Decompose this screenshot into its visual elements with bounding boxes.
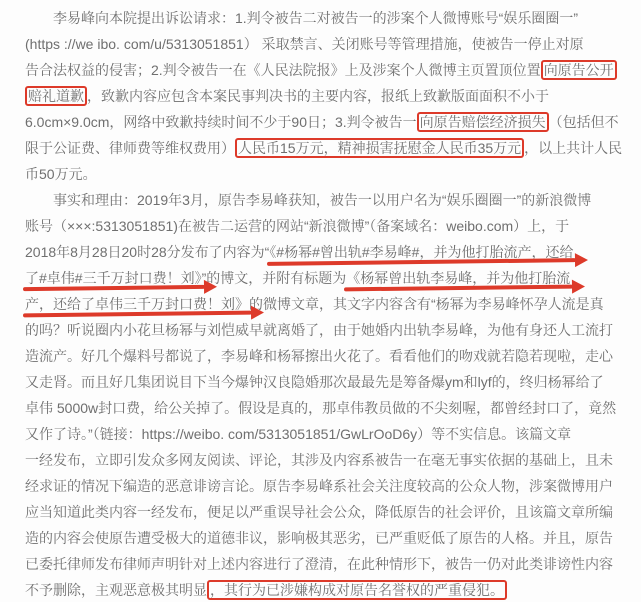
red-underlined-text: 了#卓伟#三千万封口费！刘》	[25, 270, 202, 286]
text-segment: 2018年8月28日20时28分发布了内容为“	[25, 244, 269, 260]
text-line: 告合法权益的侵害；2.判令被告一在《人民法院报》上及涉案个人微博主页置顶位置向原…	[25, 57, 623, 83]
text-line: (https ://we ibo. com/u/5313051851） 采取禁言…	[25, 31, 623, 57]
text-segment: ，致歉内容应包含本案民事判决书的主要内容，报纸上致歉版面面积不小于	[87, 88, 549, 104]
red-underlined-text: 《#杨幂#曾出轨#李易峰#，并为他打胎流产，还给	[269, 244, 573, 260]
text-segment: 的微博文章，其文字内容含有“杨幂为李易峰怀孕人流是真	[249, 296, 604, 312]
text-segment: 造流产。好几个爆料号都说了，李易峰和杨幂擦出火花了。看看他们的吻戏就若隐若现啦，…	[25, 348, 613, 364]
text-line: 2018年8月28日20时28分发布了内容为“《#杨幂#曾出轨#李易峰#，并为他…	[25, 239, 623, 265]
text-segment: ”的博文，并附有标题为	[202, 270, 347, 286]
text-line: 一经发布，立即引发众多网友阅读、评论，其涉及内容系被告一在毫无事实依据的基础上，…	[25, 447, 623, 473]
text-segment: （包括但不	[549, 114, 619, 130]
text-segment: 不予删除，主观恶意极其明显	[25, 582, 207, 598]
text-segment: 应当知道此类内容一经发布，便足以严重误导社会公众，降低原告的社会评价，且该篇文章…	[25, 504, 613, 520]
document-body: 李易峰向本院提出诉讼请求：1.判令被告二对被告一的涉案个人微博账号“娱乐圈圈一”…	[0, 0, 641, 602]
text-line: 赔礼道歉，致歉内容应包含本案民事判决书的主要内容，报纸上致歉版面面积不小于	[25, 83, 623, 109]
red-highlight-box: 向原告赔偿经济损失	[417, 112, 549, 132]
text-segment: 经求证的情况下编造的恶意诽谤言论。原告李易峰系社会关注度较高的公众人物，涉案微博…	[25, 478, 613, 494]
text-line: 币50万元。	[25, 161, 623, 187]
red-underlined-text: 产，还给了卓伟三千万封口费！刘》	[25, 296, 249, 312]
text-line: 又作了诗。”（链接：https://weibo. com/5313051851/…	[25, 421, 623, 447]
text-line: 事实和理由：2019年3月，原告李易峰获知，被告一以用户名为“娱乐圈圈一”的新浪…	[25, 187, 623, 213]
text-line: 了#卓伟#三千万封口费！刘》”的博文，并附有标题为《杨幂曾出轨李易峰，并为他打胎…	[25, 265, 623, 291]
text-line: 李易峰向本院提出诉讼请求：1.判令被告二对被告一的涉案个人微博账号“娱乐圈圈一”	[25, 5, 623, 31]
red-underlined-text: 《杨幂曾出轨李易峰，并为他打胎流	[346, 270, 570, 286]
text-segment: 6.0cm×9.0cm，网络中致歉持续时间不少于90日；3.判令被告一	[25, 114, 417, 130]
text-line: 产，还给了卓伟三千万封口费！刘》的微博文章，其文字内容含有“杨幂为李易峰怀孕人流…	[25, 291, 623, 317]
red-highlight-box: 赔礼道歉	[25, 86, 87, 106]
text-segment: 一经发布，立即引发众多网友阅读、评论，其涉及内容系被告一在毫无事实依据的基础上，…	[25, 452, 613, 468]
text-segment: ，以上共计人民	[524, 140, 622, 156]
text-segment: 事实和理由：2019年3月，原告李易峰获知，被告一以用户名为“娱乐圈圈一”的新浪…	[25, 192, 591, 208]
text-line: 账号（×××:5313051851)在被告二运营的网站“新浪微博”（备案域名：w…	[25, 213, 623, 239]
text-line: 造流产。好几个爆料号都说了，李易峰和杨幂擦出火花了。看看他们的吻戏就若隐若现啦，…	[25, 343, 623, 369]
text-segment: 造的内容会使原告遭受极大的道德非议，影响极其恶劣，已严重贬低了原告的人格。并且，…	[25, 530, 613, 546]
text-segment: 已委托律师发布律师声明针对上述内容进行了澄清，在此种情形下，被告一仍对此类诽谤性…	[25, 556, 613, 572]
text-segment: 李易峰向本院提出诉讼请求：1.判令被告二对被告一的涉案个人微博账号“娱乐圈圈一”	[25, 10, 578, 26]
red-highlight-box: 向原告公开	[541, 60, 617, 80]
text-segment: 卓伟 5000w封口费，给公关掉了。假设是真的，那卓伟教员做的不尖刻喔，都曾经封…	[25, 400, 616, 416]
text-line: 不予删除，主观恶意极其明显，其行为已涉嫌构成对原告名誉权的严重侵犯。	[25, 577, 623, 602]
text-line: 限于公证费、律师费等维权费用）人民币15万元，精神损害抚慰金人民币35万元，以上…	[25, 135, 623, 161]
text-line: 应当知道此类内容一经发布，便足以严重误导社会公众，降低原告的社会评价，且该篇文章…	[25, 499, 623, 525]
text-segment: (https ://we ibo. com/u/5313051851） 采取禁言…	[25, 36, 584, 52]
text-line: 已委托律师发布律师声明针对上述内容进行了澄清，在此种情形下，被告一仍对此类诽谤性…	[25, 551, 623, 577]
text-line: 的吗？听说圈内小花旦杨幂与刘恺威早就离婚了，由于她婚内出轨李易峰，为他有身还人工…	[25, 317, 623, 343]
text-line: 又走肾。而且好几集团说目下当今爆钟汉良隐婚那次最最先是筹备爆ym和lyf的，终归…	[25, 369, 623, 395]
text-segment: 又作了诗。”（链接：https://weibo. com/5313051851/…	[25, 426, 571, 442]
text-line: 造的内容会使原告遭受极大的道德非议，影响极其恶劣，已严重贬低了原告的人格。并且，…	[25, 525, 623, 551]
text-segment: 的吗？听说圈内小花旦杨幂与刘恺威早就离婚了，由于她婚内出轨李易峰，为他有身还人工…	[25, 322, 613, 338]
text-line: 经求证的情况下编造的恶意诽谤言论。原告李易峰系社会关注度较高的公众人物，涉案微博…	[25, 473, 623, 499]
red-highlight-box: ，其行为已涉嫌构成对原告名誉权的严重侵犯。	[207, 580, 507, 600]
text-segment: 限于公证费、律师费等维权费用）	[25, 140, 235, 156]
text-segment: 告合法权益的侵害；2.判令被告一在《人民法院报》上及涉案个人微博主页置顶位置	[25, 62, 541, 78]
text-segment: 币50万元。	[25, 166, 97, 182]
text-segment: 账号（×××:5313051851)在被告二运营的网站“新浪微博”（备案域名：w…	[25, 218, 569, 234]
red-highlight-box: 人民币15万元，精神损害抚慰金人民币35万元	[235, 138, 524, 158]
text-segment: 又走肾。而且好几集团说目下当今爆钟汉良隐婚那次最最先是筹备爆ym和lyf的，终归…	[25, 374, 604, 390]
text-line: 6.0cm×9.0cm，网络中致歉持续时间不少于90日；3.判令被告一向原告赔偿…	[25, 109, 623, 135]
text-line: 卓伟 5000w封口费，给公关掉了。假设是真的，那卓伟教员做的不尖刻喔，都曾经封…	[25, 395, 623, 421]
